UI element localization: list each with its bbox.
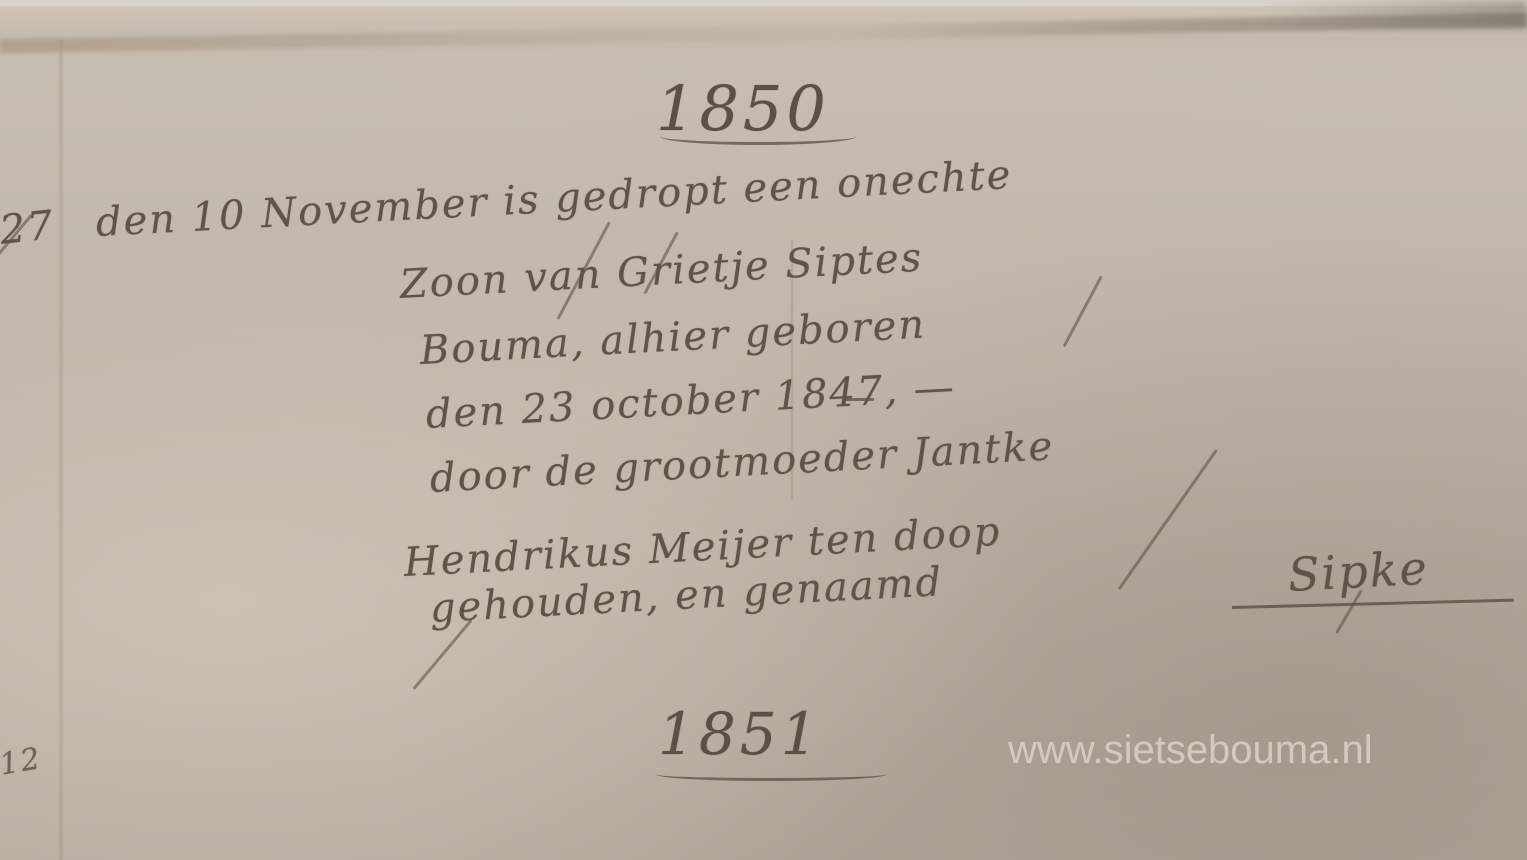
margin-fold-line	[58, 40, 64, 860]
margin-entry-number: 27	[0, 202, 57, 253]
shadow-corner	[1267, 0, 1527, 30]
margin-page-number: 12	[0, 741, 45, 783]
header-year-flourish	[660, 128, 856, 145]
entry-line-3: Bouma, alhier geboren	[419, 302, 927, 374]
footer-year-flourish	[656, 768, 886, 781]
descender-stroke	[1063, 275, 1103, 347]
entry-line-4: den 23 october 1847, —	[425, 364, 957, 438]
descender-stroke	[1118, 449, 1218, 590]
website-watermark: www.sietsebouma.nl	[1008, 728, 1373, 773]
document-photo: 1850 27 den 10 November is gedropt een o…	[0, 0, 1527, 860]
date-dash	[846, 398, 874, 401]
entry-line-2: Zoon van Grietje Siptes	[399, 235, 925, 308]
footer-year: 1851	[658, 700, 822, 768]
given-name-underline	[1232, 599, 1514, 609]
entry-line-1: den 10 November is gedropt een onechte	[95, 152, 1014, 246]
entry-line-5: door de grootmoeder Jantke	[429, 423, 1056, 502]
